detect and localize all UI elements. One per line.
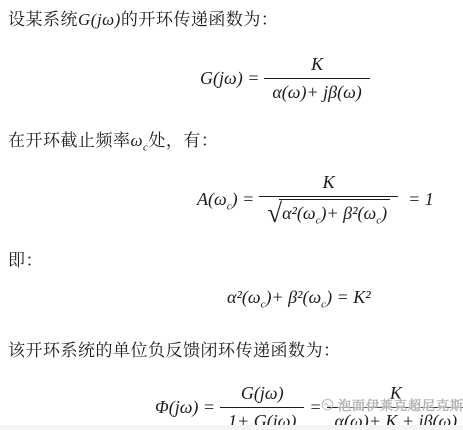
inline-math-g-jw: G(jω)	[78, 10, 121, 29]
intro-line-2: 在开环截止频率ωc处，有：	[8, 126, 218, 151]
equation-squared-identity: α²(ωc)+ β²(ωc) = K²	[227, 287, 371, 308]
eq2-lhs-a: A(ω	[197, 189, 227, 209]
eq4-fraction-1: G(jω) 1+ G(jω)	[220, 383, 304, 430]
intro-line-1: 设某系统G(jω)的开环传递函数为：	[8, 5, 278, 30]
eq2-lhs: A(ωc) =	[197, 189, 254, 210]
sqrt-radical: √ α²(ωc)+ β²(ωc)	[267, 199, 390, 227]
eq4-numerator-1: G(jω)	[233, 383, 292, 407]
eq4-lhs: Φ(jω) =	[155, 397, 215, 418]
bottom-divider-strip	[0, 425, 463, 430]
eq2-numerator: K	[315, 172, 343, 196]
watermark-text: 泡面伊莱克超尼克斯	[338, 395, 463, 414]
eq1-fraction: K α(ω)+ jβ(ω)	[264, 54, 369, 104]
eq1-numerator: K	[303, 54, 331, 78]
intro-line-2-pre: 在开环截止频率	[8, 131, 131, 150]
intro-line-3: 即：	[8, 246, 43, 271]
eq3-b: )+ β²(ω	[265, 287, 321, 307]
eq1-lhs: G(jω) =	[200, 68, 259, 89]
intro-line-1-pre: 设某系统	[8, 10, 78, 29]
radicand: α²(ωc)+ β²(ωc)	[279, 199, 390, 224]
eq3-c: ) = K²	[326, 287, 371, 307]
equation-open-loop-transfer: G(jω) = K α(ω)+ jβ(ω)	[200, 54, 375, 104]
radicand-a: α²(ω	[282, 203, 316, 223]
intro-line-1-post: 的开环传递函数为：	[121, 10, 279, 29]
radicand-b: )+ β²(ω	[321, 203, 377, 223]
equation-magnitude-condition: A(ωc) = K √ α²(ωc)+ β²(ωc) = 1	[197, 172, 439, 228]
eq2-lhs-b: ) =	[232, 189, 255, 209]
eq2-denominator: √ α²(ωc)+ β²(ωc)	[259, 196, 398, 228]
eq2-fraction: K √ α²(ωc)+ β²(ωc)	[259, 172, 398, 228]
radicand-c: )	[381, 203, 387, 223]
document-page: { "lines": { "l1a": "设某系统", "l1m": "G(jω…	[0, 0, 463, 430]
eq1-denominator: α(ω)+ jβ(ω)	[264, 78, 369, 104]
intro-line-4: 该开环系统的单位负反馈闭环传递函数为：	[8, 336, 341, 361]
eq2-rhs: = 1	[408, 189, 434, 210]
watermark: 泡面伊莱克超尼克斯	[320, 395, 463, 414]
eq3-body: α²(ωc)+ β²(ωc) = K²	[227, 287, 371, 308]
inline-math-omega: ω	[131, 131, 144, 150]
watermark-logo-icon	[320, 397, 335, 412]
eq3-a: α²(ω	[227, 287, 261, 307]
intro-line-2-post: 处，有：	[148, 131, 218, 150]
